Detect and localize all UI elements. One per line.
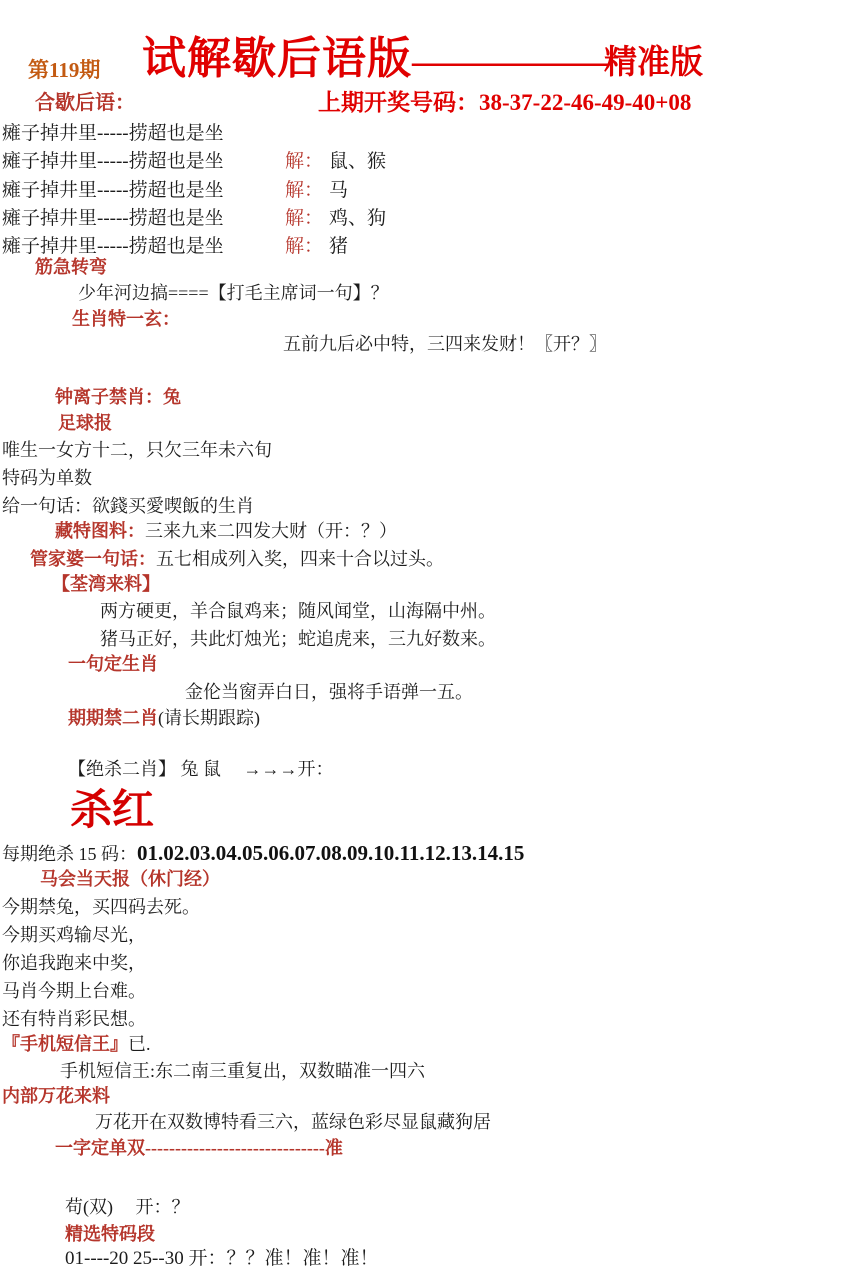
riddle-answer: 鸡、狗: [329, 203, 386, 230]
page-title-dashes: ——————: [412, 41, 604, 81]
yiju-heading: 一句定生肖: [68, 653, 158, 676]
qiqijin-label: 期期禁二肖: [68, 708, 158, 728]
last-draw-numbers: 上期开奖号码：38-37-22-46-49-40+08: [318, 84, 691, 117]
football-report-line: 唯生一女方十二，只欠三年未六旬: [2, 439, 272, 462]
danshuang-line: 苟(双) 开：？: [65, 1196, 190, 1219]
riddle-row: 瘫子掉井里-----捞超也是坐: [2, 118, 291, 145]
juesha-label: 【绝杀二肖】: [68, 759, 176, 779]
shahong-title: 杀红: [70, 788, 154, 834]
football-report-line: 特码为单数: [2, 467, 92, 490]
mahui-line: 今期买鸡输尽光，: [2, 924, 146, 947]
issue-number: 第119期: [28, 54, 100, 84]
football-report-heading: 足球报: [58, 412, 112, 435]
riddle-answer-label: 解：: [285, 146, 323, 173]
texuan-heading: 精选特码段: [65, 1223, 155, 1246]
qiqijin-note: (请长期跟踪): [158, 708, 260, 728]
brain-teaser-line: 少年河边搞====【打毛主席词一句】？: [78, 282, 389, 305]
category-label: 合歇后语：: [35, 86, 135, 115]
shahong-line: 每期绝杀 15 码：01.02.03.04.05.06.07.08.09.10.…: [2, 840, 524, 866]
riddle-text: 瘫子掉井里-----捞超也是坐: [2, 118, 285, 145]
texuan-line: 01----20 25--30 开：？？准！准！准！: [65, 1247, 378, 1267]
riddle-text: 瘫子掉井里-----捞超也是坐: [2, 231, 285, 258]
danshuang-pick: 苟(双): [65, 1197, 113, 1217]
wanhua-heading: 内部万花来料: [2, 1085, 110, 1108]
page-title-suffix: 精准版: [604, 45, 703, 81]
riddle-row: 瘫子掉井里-----捞超也是坐 解： 鸡、狗: [2, 203, 386, 230]
guanjiapo-line: 管家婆一句话：五七相成列入奖，四来十合以过头。: [30, 548, 444, 571]
sms-king-label: 『手机短信王』: [2, 1034, 128, 1054]
wanhua-line: 万花开在双数博特看三六，蓝绿色彩尽显鼠藏狗居: [95, 1111, 491, 1134]
sms-king-heading: 『手机短信王』已.: [2, 1033, 151, 1056]
riddle-answer-label: 解：: [285, 175, 323, 202]
mahui-line: 今期禁兔，买四码去死。: [2, 896, 200, 919]
riddle-text: 瘫子掉井里-----捞超也是坐: [2, 175, 285, 202]
mahui-line: 马肖今期上台难。: [2, 980, 146, 1003]
riddle-row: 瘫子掉井里-----捞超也是坐 解： 猪: [2, 231, 348, 258]
cangte-text: 三来九来二四发大财（开：？）: [145, 521, 397, 541]
cangte-line: 藏特图料：三来九来二四发大财（开：？）: [55, 520, 397, 543]
juesha-animals: 兔 鼠: [181, 759, 222, 779]
page-title-main: 试解歇后语版: [142, 34, 412, 83]
quanwan-line: 猪马正好，共此灯烛光；蛇追虎来，三九好数来。: [100, 628, 496, 651]
quanwan-heading: 【荃湾来料】: [52, 573, 160, 596]
riddle-answer: 马: [329, 175, 348, 202]
shahong-numbers: 01.02.03.04.05.06.07.08.09.10.11.12.13.1…: [137, 841, 524, 865]
page-title: 试解歇后语版——————精准版: [0, 22, 845, 86]
guanjiapo-label: 管家婆一句话：: [30, 549, 156, 569]
danshuang-heading: 一字定单双------------------------------准: [55, 1137, 343, 1160]
cangte-label: 藏特图料：: [55, 521, 145, 541]
riddle-answer: 鼠、猴: [329, 146, 386, 173]
juesha-line: 【绝杀二肖】 兔 鼠 →→→开：: [68, 758, 334, 781]
riddle-answer-label: 解：: [285, 203, 323, 230]
lottery-tip-sheet: 试解歇后语版——————精准版 第119期 合歇后语： 上期开奖号码：38-37…: [0, 0, 845, 1267]
riddle-row: 瘫子掉井里-----捞超也是坐 解： 鼠、猴: [2, 146, 386, 173]
riddle-answer-label: 解：: [285, 231, 323, 258]
football-report-line: 给一句话：欲錢买愛喫飯的生肖: [2, 495, 254, 518]
juesha-arrow: →→→开：: [244, 759, 334, 779]
riddle-answer: 猪: [329, 231, 348, 258]
riddle-text: 瘫子掉井里-----捞超也是坐: [2, 146, 285, 173]
quanwan-line: 两方硬更，羊合鼠鸡来；随风闻堂，山海隔中州。: [100, 600, 496, 623]
sms-king-suffix: 已.: [128, 1034, 151, 1054]
brain-teaser-heading: 筋急转弯: [35, 256, 107, 279]
mahui-line: 还有特肖彩民想。: [2, 1008, 146, 1031]
yiju-line: 金伦当窗弄白日，强将手语弹一五。: [185, 681, 473, 704]
mahui-heading: 马会当天报（休门经）: [40, 868, 220, 891]
riddle-row: 瘫子掉井里-----捞超也是坐 解： 马: [2, 175, 348, 202]
riddle-text: 瘫子掉井里-----捞超也是坐: [2, 203, 285, 230]
guanjiapo-text: 五七相成列入奖，四来十合以过头。: [156, 549, 444, 569]
zhongli-line: 钟离子禁肖：兔: [55, 386, 181, 409]
shahong-label: 每期绝杀 15 码：: [2, 844, 137, 864]
mahui-line: 你追我跑来中奖，: [2, 952, 146, 975]
danshuang-open: 开：？: [136, 1197, 190, 1217]
zodiac-mystery-line: 五前九后必中特，三四来发财！〖开？〗: [283, 333, 607, 356]
qiqijin-line: 期期禁二肖(请长期跟踪): [68, 707, 260, 730]
zodiac-mystery-heading: 生肖特一玄：: [72, 308, 180, 331]
sms-king-line: 手机短信王:东二南三重复出，双数瞄准一四六: [60, 1060, 425, 1083]
